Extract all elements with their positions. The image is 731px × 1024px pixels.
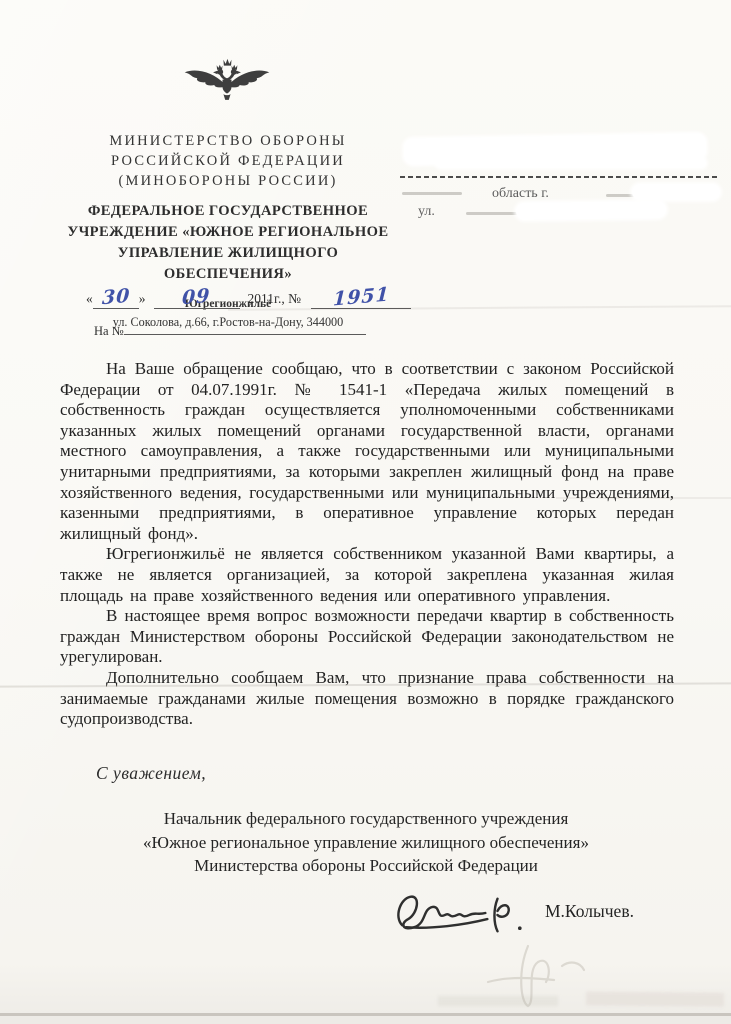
close-quote: » — [139, 291, 146, 306]
reply-number-blank — [124, 320, 366, 335]
handwritten-day: 30 — [101, 285, 131, 310]
open-quote: « — [86, 291, 93, 306]
body-paragraph: На Ваше обращение сообщаю, что в соответ… — [60, 359, 674, 544]
page-showthrough-mark — [438, 996, 558, 1006]
outgoing-date-line: «30»092011г., №1951 — [86, 286, 411, 309]
ministry-name-line: МИНИСТЕРСТВО ОБОРОНЫ — [52, 131, 404, 151]
recipient-block-redacted: область г. ул. — [396, 134, 726, 239]
page-showthrough-mark — [586, 991, 724, 1006]
handwritten-signature-icon — [392, 886, 534, 940]
signer-title-line: «Южное региональное управление жилищного… — [58, 831, 674, 855]
scanned-letter-page: МИНИСТЕРСТВО ОБОРОНЫ РОССИЙСКОЙ ФЕДЕРАЦИ… — [0, 0, 731, 1024]
date-label: 2011г., № — [248, 291, 302, 306]
reply-label: На № — [94, 324, 124, 338]
double-headed-eagle-icon — [182, 54, 272, 116]
dashed-separator — [400, 176, 718, 178]
signer-title-line: Министерства обороны Российской Федераци… — [58, 854, 674, 878]
ministry-name-line: (МИНОБОРОНЫ РОССИИ) — [52, 171, 404, 191]
handwritten-month: 09 — [182, 285, 212, 310]
whiteout-redaction — [632, 184, 720, 200]
closing-salutation: С уважением, — [96, 763, 206, 784]
signature-title-block: Начальник федерального государственного … — [58, 807, 674, 878]
ministry-name-line: РОССИЙСКОЙ ФЕДЕРАЦИИ — [52, 151, 404, 171]
institution-name-line: УЧРЕЖДЕНИЕ «ЮЖНОЕ РЕГИОНАЛЬНОЕ — [52, 222, 404, 243]
recipient-street-fragment: ул. — [418, 204, 435, 220]
reply-reference-line: На № — [94, 320, 366, 339]
signer-name: М.Колычев. — [545, 901, 634, 922]
institution-name-line: ФЕДЕРАЛЬНОЕ ГОСУДАРСТВЕННОЕ — [52, 201, 404, 222]
letter-body: На Ваше обращение сообщаю, что в соответ… — [60, 359, 674, 730]
whiteout-redaction — [436, 158, 706, 168]
scan-background-strip — [0, 1016, 731, 1024]
whiteout-redaction — [516, 201, 666, 220]
signer-title-line: Начальник федерального государственного … — [58, 807, 674, 831]
body-paragraph: Югрегионжильё не является собственником … — [60, 544, 674, 606]
paper-crease — [556, 497, 731, 499]
body-paragraph: В настоящее время вопрос возможности пер… — [60, 606, 674, 668]
handwritten-outgoing-number: 1951 — [332, 283, 390, 310]
institution-name-line: УПРАВЛЕНИЕ ЖИЛИЩНОГО ОБЕСПЕЧЕНИЯ» — [52, 243, 404, 285]
body-paragraph: Дополнительно сообщаем Вам, что признани… — [60, 668, 674, 730]
